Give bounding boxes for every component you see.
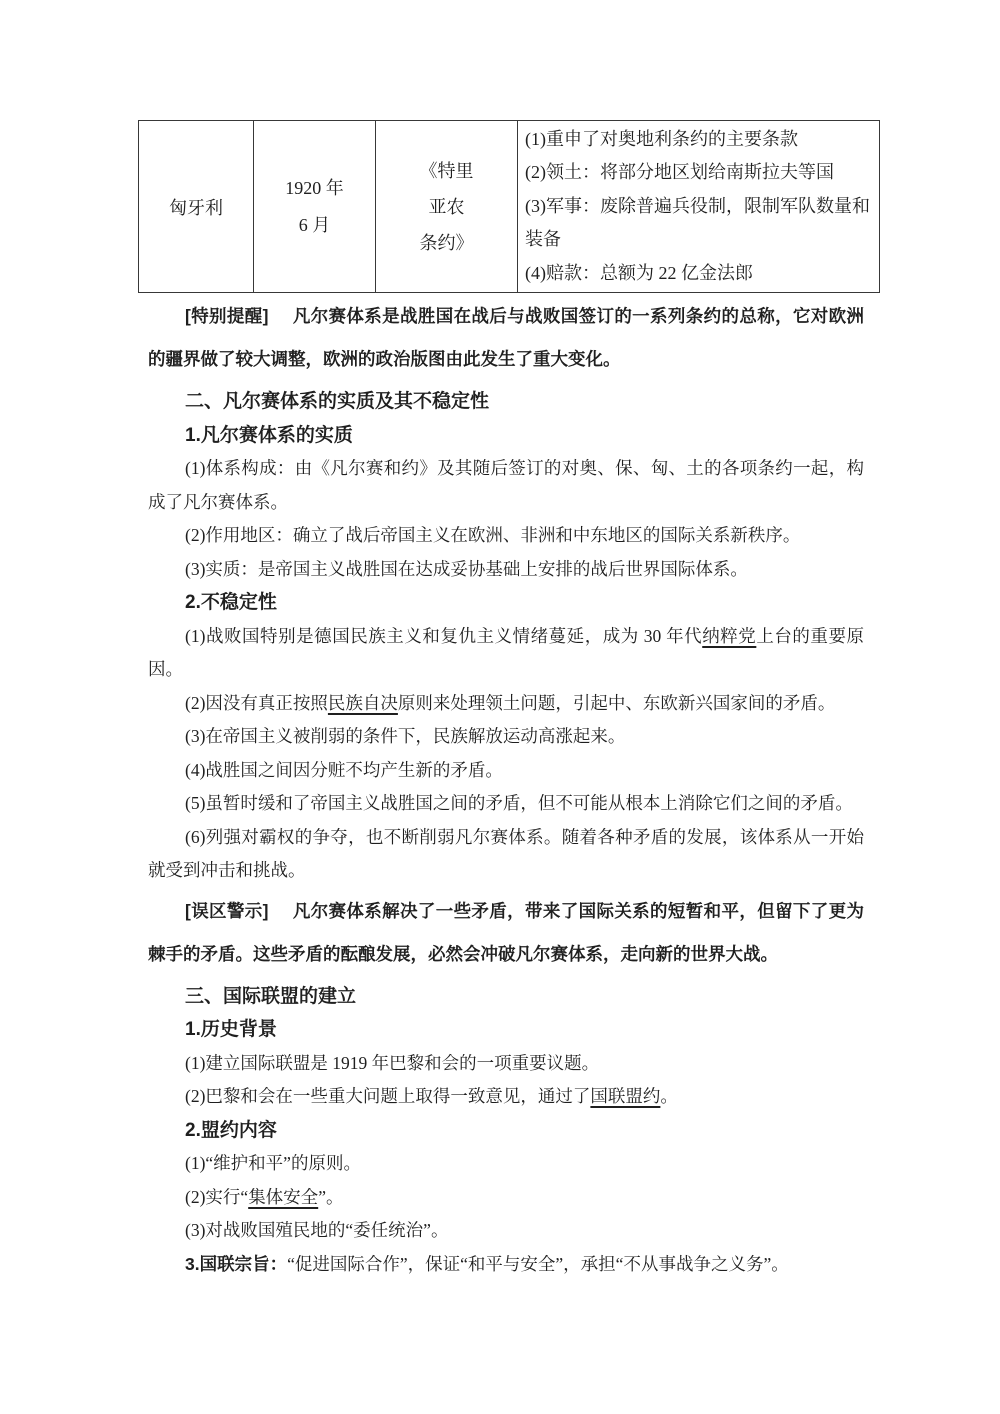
section3-sub1-item-1: (1)建立国际联盟是 1919 年巴黎和会的一项重要议题。 [148,1047,864,1081]
treaty-line-3: 条约》 [377,225,516,261]
cell-date: 1920 年 6 月 [254,121,376,293]
section3-sub2-item-3: (3)对战败国殖民地的“委任统治”。 [148,1214,864,1248]
cell-terms: (1)重申了对奥地利条约的主要条款 (2)领土：将部分地区划给南斯拉夫等国 (3… [518,121,880,293]
warning-note: [误区警示]凡尔赛体系解决了一些矛盾，带来了国际关系的短暂和平，但留下了更为棘手… [148,890,864,976]
cell-treaty-name: 《特里 亚农 条约》 [376,121,518,293]
table-row: 匈牙利 1920 年 6 月 《特里 亚农 条约》 (1)重申了对奥地利条约的主… [139,121,880,293]
underlined-term-nazi-party: 纳粹党 [702,626,756,646]
text-run: ”。 [318,1187,343,1207]
text-run: (2)因没有真正按照 [185,693,328,713]
term-item-4: (4)赔款：总额为 22 亿金法郎 [525,257,871,290]
section2-sub2-item-5: (5)虽暂时缓和了帝国主义战胜国之间的矛盾，但不可能从根本上消除它们之间的矛盾。 [148,787,864,821]
text-run: (1)战败国特别是德国民族主义和复仇主义情绪蔓延，成为 30 年代 [185,626,702,646]
section3-sub1-title: 1.历史背景 [148,1013,864,1047]
section2-sub1-title: 1.凡尔赛体系的实质 [148,419,864,453]
date-line-1: 1920 年 [255,170,374,207]
section2-sub2-item-6: (6)列强对霸权的争夺，也不断削弱凡尔赛体系。随着各种矛盾的发展，该体系从一开始… [148,821,864,888]
page-content: 匈牙利 1920 年 6 月 《特里 亚农 条约》 (1)重申了对奥地利条约的主… [148,120,864,1281]
section3-sub1-item-2: (2)巴黎和会在一些重大问题上取得一致意见，通过了国联盟约。 [148,1080,864,1114]
section2-sub2-item-1: (1)战败国特别是德国民族主义和复仇主义情绪蔓延，成为 30 年代纳粹党上台的重… [148,620,864,687]
cell-country: 匈牙利 [139,121,254,293]
section3-heading: 三、国际联盟的建立 [148,980,864,1014]
text-run: 原则来处理领土问题，引起中、东欧新兴国家间的矛盾。 [398,693,836,713]
section3-purpose-paragraph: 3.国联宗旨：“促进国际合作”，保证“和平与安全”，承担“不从事战争之义务”。 [148,1248,864,1282]
section2-sub2-item-2: (2)因没有真正按照民族自决原则来处理领土问题，引起中、东欧新兴国家间的矛盾。 [148,687,864,721]
text-run: (2)巴黎和会在一些重大问题上取得一致意见，通过了 [185,1086,590,1106]
section2-sub2-item-4: (4)战胜国之间因分赃不均产生新的矛盾。 [148,754,864,788]
document-page: 匈牙利 1920 年 6 月 《特里 亚农 条约》 (1)重申了对奥地利条约的主… [0,0,1000,1414]
section2-heading: 二、凡尔赛体系的实质及其不稳定性 [148,385,864,419]
section2-sub1-item-1: (1)体系构成：由《凡尔赛和约》及其随后签订的对奥、保、匈、土的各项条约一起，构… [148,452,864,519]
section3-sub2-item-2: (2)实行“集体安全”。 [148,1181,864,1215]
treaty-line-1: 《特里 [377,153,516,189]
underlined-term-self-determination: 民族自决 [328,693,398,713]
purpose-lead: 3.国联宗旨： [185,1254,287,1274]
country-name: 匈牙利 [169,198,223,218]
underlined-term-league-covenant: 国联盟约 [590,1086,660,1106]
treaty-table: 匈牙利 1920 年 6 月 《特里 亚农 条约》 (1)重申了对奥地利条约的主… [138,120,880,293]
section2-sub2-item-3: (3)在帝国主义被削弱的条件下，民族解放运动高涨起来。 [148,720,864,754]
term-item-1: (1)重申了对奥地利条约的主要条款 [525,123,871,156]
term-item-3: (3)军事：废除普遍兵役制，限制军队数量和装备 [525,190,871,257]
section2-sub2-title: 2.不稳定性 [148,586,864,620]
section3-sub2-title: 2.盟约内容 [148,1114,864,1148]
text-run: 。 [660,1086,678,1106]
warning-note-label: [误区警示] [185,901,268,921]
purpose-text: “促进国际合作”，保证“和平与安全”，承担“不从事战争之义务”。 [287,1254,789,1274]
term-item-2: (2)领土：将部分地区划给南斯拉夫等国 [525,156,871,189]
underlined-term-collective-security: 集体安全 [248,1187,318,1207]
special-note-label: [特别提醒] [185,306,268,326]
section2-sub1-item-3: (3)实质：是帝国主义战胜国在达成妥协基础上安排的战后世界国际体系。 [148,553,864,587]
section2-sub1-item-2: (2)作用地区：确立了战后帝国主义在欧洲、非洲和中东地区的国际关系新秩序。 [148,519,864,553]
special-note: [特别提醒]凡尔赛体系是战胜国在战后与战败国签订的一系列条约的总称，它对欧洲的疆… [148,295,864,381]
section3-sub2-item-1: (1)“维护和平”的原则。 [148,1147,864,1181]
text-run: (2)实行“ [185,1187,248,1207]
date-line-2: 6 月 [255,207,374,244]
treaty-line-2: 亚农 [377,189,516,225]
